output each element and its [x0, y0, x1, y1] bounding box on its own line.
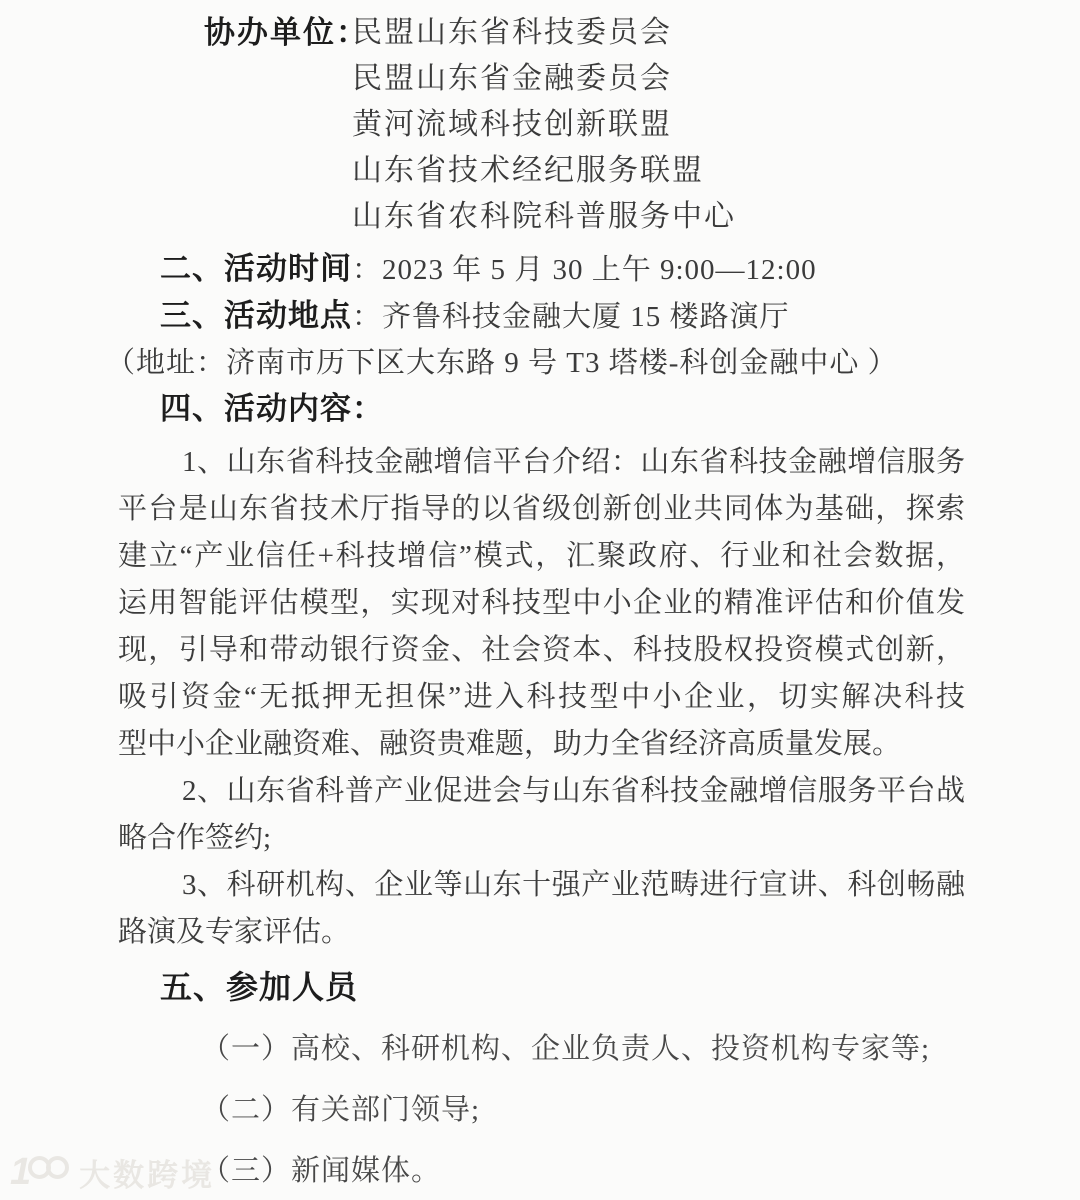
- watermark-text: 大数跨境: [79, 1150, 215, 1195]
- watermark: 1 大数跨境: [10, 1150, 215, 1194]
- paragraph-line: 型中小企业融资难、融资贵难题，助力全省经济高质量发展。: [118, 721, 965, 768]
- participant-item: （二）有关部门领导;: [118, 1087, 965, 1134]
- paragraph-line: 平台是山东省技术厅指导的以省级创新创业共同体为基础，探索: [118, 486, 965, 533]
- logo-ring-icon: [46, 1156, 69, 1179]
- event-venue-value: ：齐鲁科技金融大厦 15 楼路演厅: [352, 301, 790, 333]
- paragraph-line: 建立“产业信任+科技增信”模式，汇聚政府、行业和社会数据，: [118, 533, 965, 580]
- paragraph-line: 运用智能评估模型，实现对科技型中小企业的精准评估和价值发: [118, 580, 965, 627]
- paragraph-line: 吸引资金“无抵押无担保”进入科技型中小企业，切实解决科技: [118, 674, 965, 721]
- organizers-label: 协办单位：: [204, 10, 369, 56]
- organizers-list: 民盟山东省科技委员会 民盟山东省金融委员会 黄河流域科技创新联盟 山东省技术经纪…: [352, 10, 965, 240]
- content-section-heading: 四、活动内容：: [160, 391, 384, 426]
- organizer-item: 民盟山东省科技委员会: [352, 10, 965, 56]
- event-venue-line: 三、活动地点：齐鲁科技金融大厦 15 楼路演厅: [160, 293, 965, 340]
- organizer-item: 山东省技术经纪服务联盟: [352, 148, 965, 194]
- content-section-heading-line: 四、活动内容：: [160, 386, 965, 433]
- organizer-item: 黄河流域科技创新联盟: [352, 102, 965, 148]
- participant-item: （三）新闻媒体。: [118, 1148, 965, 1195]
- paragraph-line: 1、山东省科技金融增信平台介绍：山东省科技金融增信服务: [118, 439, 965, 486]
- organizers-block: 协办单位： 民盟山东省科技委员会 民盟山东省金融委员会 黄河流域科技创新联盟 山…: [118, 10, 965, 240]
- activity-content-block: 1、山东省科技金融增信平台介绍：山东省科技金融增信服务 平台是山东省技术厅指导的…: [118, 439, 965, 956]
- document-content: 协办单位： 民盟山东省科技委员会 民盟山东省金融委员会 黄河流域科技创新联盟 山…: [0, 0, 1080, 1200]
- event-time-label: 二、活动时间: [160, 251, 352, 286]
- organizer-item: 山东省农科院科普服务中心: [352, 194, 965, 240]
- event-address-line: （地址：济南市历下区大东路 9 号 T3 塔楼-科创金融中心 ）: [106, 340, 965, 386]
- organizer-item: 民盟山东省金融委员会: [352, 56, 965, 102]
- participant-item: （一）高校、科研机构、企业负责人、投资机构专家等;: [118, 1026, 965, 1073]
- scanned-document-page: 协办单位： 民盟山东省科技委员会 民盟山东省金融委员会 黄河流域科技创新联盟 山…: [0, 0, 1080, 1200]
- paragraph-line: 2、山东省科普产业促进会与山东省科技金融增信服务平台战: [118, 768, 965, 815]
- participants-section-heading: 五、参加人员: [160, 964, 965, 1011]
- event-venue-label: 三、活动地点: [160, 298, 352, 333]
- event-time-line: 二、活动时间：2023 年 5 月 30 上午 9:00—12:00: [160, 246, 965, 293]
- paragraph-line: 现，引导和带动银行资金、社会资本、科技股权投资模式创新，: [118, 627, 965, 674]
- brand-logo-icon: 1: [10, 1153, 69, 1191]
- meta-block: 二、活动时间：2023 年 5 月 30 上午 9:00—12:00 三、活动地…: [118, 246, 965, 433]
- paragraph-line: 略合作签约;: [118, 815, 965, 862]
- paragraph-line: 3、科研机构、企业等山东十强产业范畴进行宣讲、科创畅融: [118, 862, 965, 909]
- event-time-value: ：2023 年 5 月 30 上午 9:00—12:00: [352, 254, 817, 286]
- paragraph-line: 路演及专家评估。: [118, 909, 965, 956]
